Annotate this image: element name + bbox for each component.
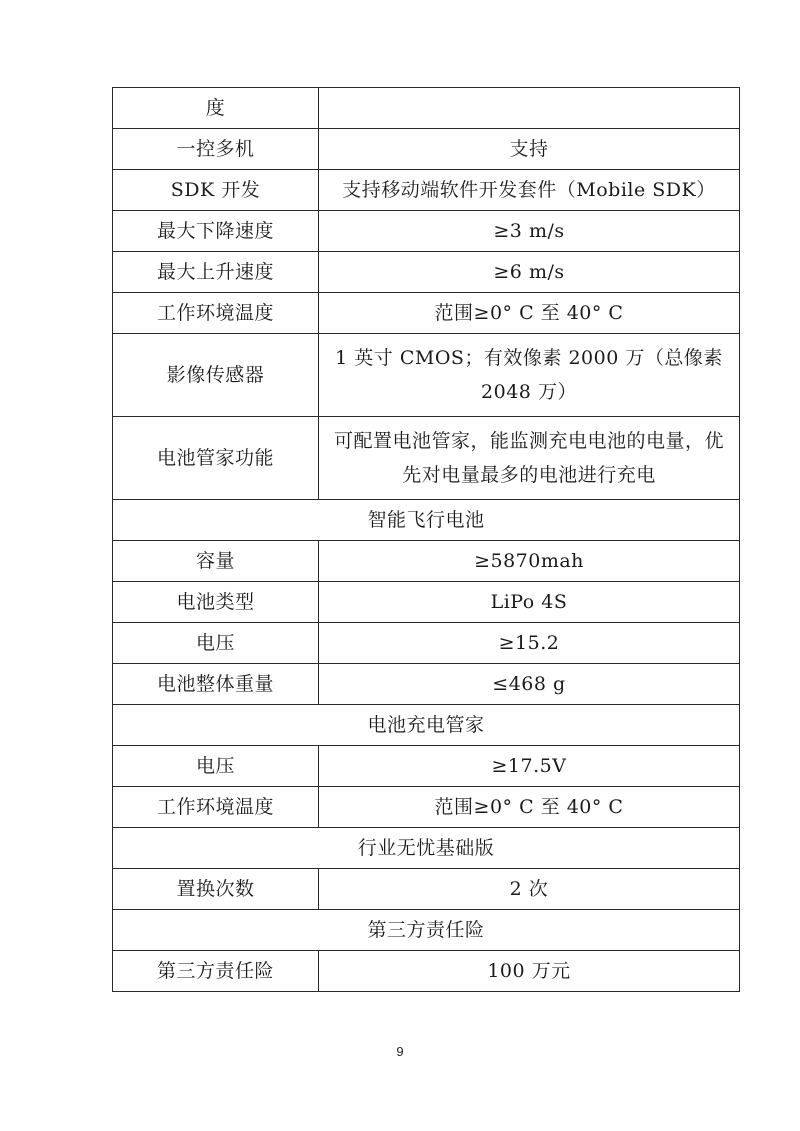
section-title: 智能飞行电池 (113, 500, 740, 541)
spec-value: 可配置电池管家，能监测充电电池的电量，优先对电量最多的电池进行充电 (319, 417, 740, 500)
spec-label: 工作环境温度 (113, 293, 319, 334)
spec-label: SDK 开发 (113, 170, 319, 211)
spec-label: 最大上升速度 (113, 252, 319, 293)
table-row: 电压 ≥17.5V (113, 746, 740, 787)
table-row: 一控多机 支持 (113, 129, 740, 170)
spec-value (319, 88, 740, 129)
section-title: 行业无忧基础版 (113, 828, 740, 869)
spec-value: 支持移动端软件开发套件（Mobile SDK） (319, 170, 740, 211)
section-header-row: 智能飞行电池 (113, 500, 740, 541)
section-header-row: 第三方责任险 (113, 910, 740, 951)
spec-value: ≤468 g (319, 664, 740, 705)
table-row: SDK 开发 支持移动端软件开发套件（Mobile SDK） (113, 170, 740, 211)
spec-value: LiPo 4S (319, 582, 740, 623)
spec-label: 置换次数 (113, 869, 319, 910)
table-row: 电池管家功能 可配置电池管家，能监测充电电池的电量，优先对电量最多的电池进行充电 (113, 417, 740, 500)
section-title: 电池充电管家 (113, 705, 740, 746)
spec-value: 1 英寸 CMOS；有效像素 2000 万（总像素 2048 万） (319, 334, 740, 417)
table-row: 第三方责任险 100 万元 (113, 951, 740, 992)
spec-label: 容量 (113, 541, 319, 582)
spec-label: 电压 (113, 746, 319, 787)
spec-label: 电池整体重量 (113, 664, 319, 705)
table-row: 电池类型 LiPo 4S (113, 582, 740, 623)
spec-label: 电池类型 (113, 582, 319, 623)
spec-label: 工作环境温度 (113, 787, 319, 828)
table-row: 容量 ≥5870mah (113, 541, 740, 582)
spec-value: 100 万元 (319, 951, 740, 992)
table-row: 工作环境温度 范围≥0° C 至 40° C (113, 293, 740, 334)
table-row: 最大下降速度 ≥3 m/s (113, 211, 740, 252)
spec-label: 度 (113, 88, 319, 129)
spec-value: ≥6 m/s (319, 252, 740, 293)
spec-value: ≥15.2 (319, 623, 740, 664)
spec-value: ≥3 m/s (319, 211, 740, 252)
spec-value: ≥17.5V (319, 746, 740, 787)
table-row: 电池整体重量 ≤468 g (113, 664, 740, 705)
spec-label: 电压 (113, 623, 319, 664)
document-page: 度 一控多机 支持 SDK 开发 支持移动端软件开发套件（Mobile SDK）… (0, 0, 800, 1131)
table-row: 工作环境温度 范围≥0° C 至 40° C (113, 787, 740, 828)
section-title: 第三方责任险 (113, 910, 740, 951)
table-row: 度 (113, 88, 740, 129)
spec-label: 一控多机 (113, 129, 319, 170)
table-row: 置换次数 2 次 (113, 869, 740, 910)
spec-value: 2 次 (319, 869, 740, 910)
spec-value: 支持 (319, 129, 740, 170)
spec-label: 电池管家功能 (113, 417, 319, 500)
table-row: 电压 ≥15.2 (113, 623, 740, 664)
spec-value: 范围≥0° C 至 40° C (319, 293, 740, 334)
page-number: 9 (0, 1044, 800, 1059)
section-header-row: 电池充电管家 (113, 705, 740, 746)
spec-label: 第三方责任险 (113, 951, 319, 992)
spec-table: 度 一控多机 支持 SDK 开发 支持移动端软件开发套件（Mobile SDK）… (112, 87, 740, 992)
section-header-row: 行业无忧基础版 (113, 828, 740, 869)
spec-value: 范围≥0° C 至 40° C (319, 787, 740, 828)
spec-value: ≥5870mah (319, 541, 740, 582)
spec-label: 最大下降速度 (113, 211, 319, 252)
spec-label: 影像传感器 (113, 334, 319, 417)
table-row: 影像传感器 1 英寸 CMOS；有效像素 2000 万（总像素 2048 万） (113, 334, 740, 417)
table-row: 最大上升速度 ≥6 m/s (113, 252, 740, 293)
